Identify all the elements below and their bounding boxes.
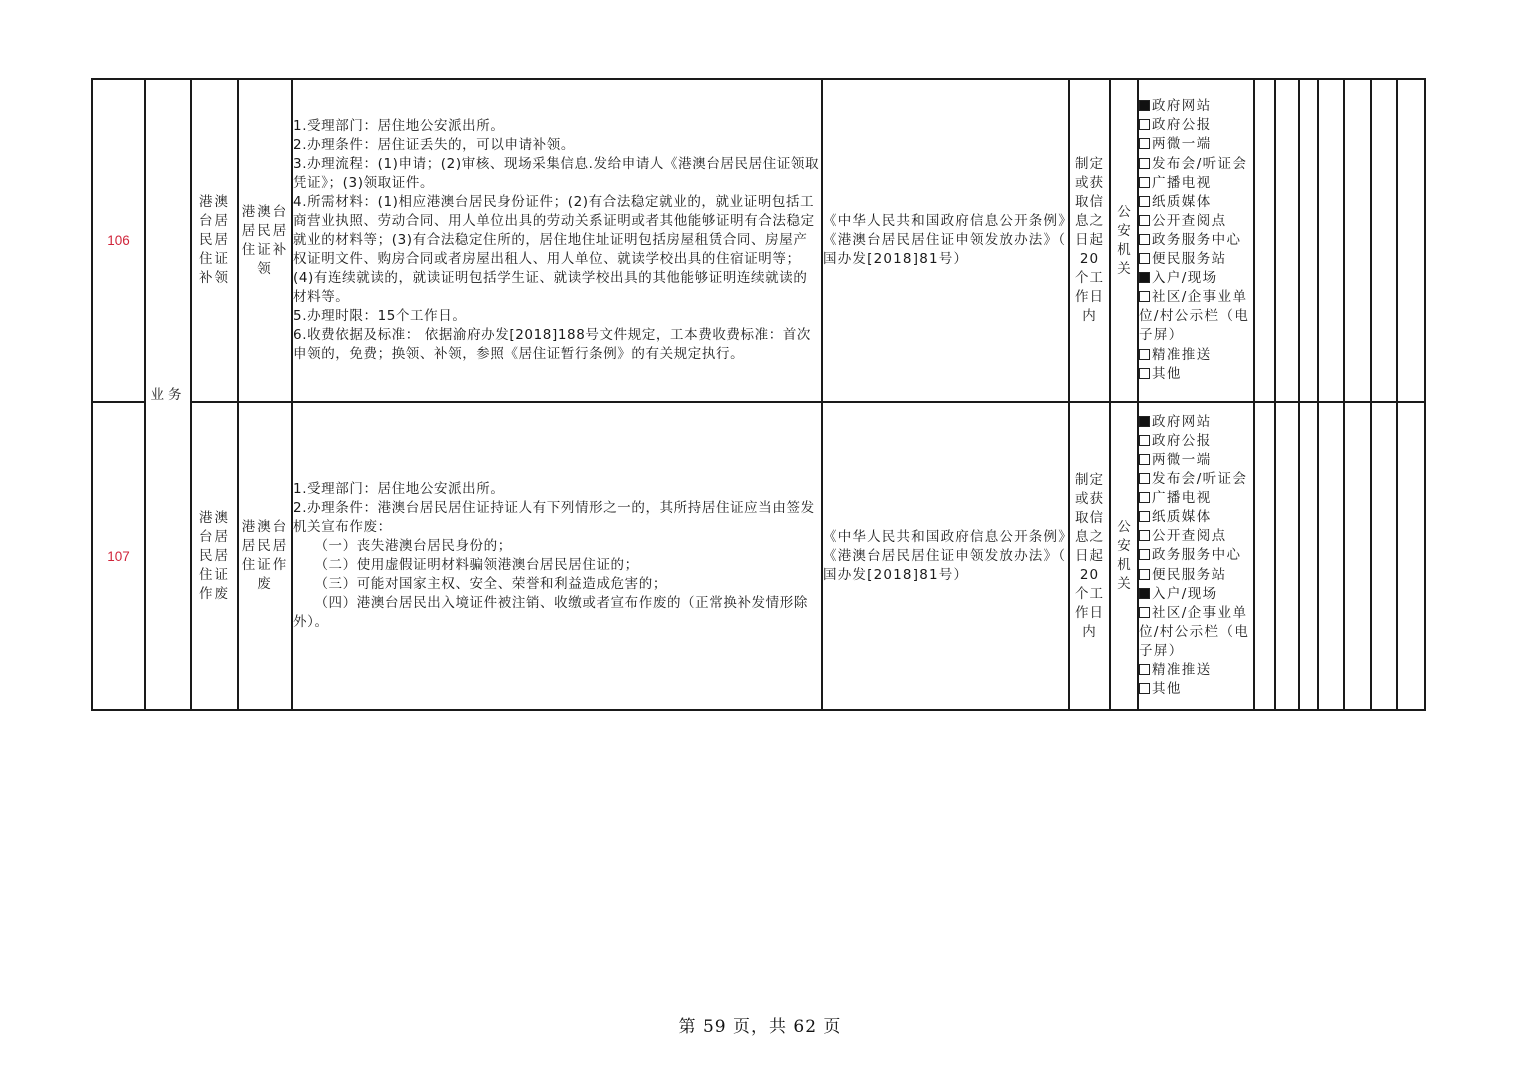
basis-text: 《中华人民共和国政府信息公开条例》《港澳台居民居住证申领发放办法》（ 国办发[2…	[823, 212, 1068, 269]
basis-cell: 《中华人民共和国政府信息公开条例》《港澳台居民居住证申领发放办法》（ 国办发[2…	[822, 79, 1069, 402]
blank-cell	[1275, 402, 1299, 710]
period-text: 制定或获取信息之日起20个工作日内	[1074, 471, 1106, 642]
content-line: 2.办理条件：居住证丢失的，可以申请补领。	[293, 136, 821, 155]
channel-item: 便民服务站	[1139, 566, 1253, 585]
blank-cell	[1254, 402, 1275, 710]
content-line: （二）使用虚假证明材料骗领港澳台居民居住证的；	[293, 556, 821, 575]
channel-item: 纸质媒体	[1139, 193, 1253, 212]
content-line: 6.收费依据及标准： 依据渝府办发[2018]188号文件规定，工本费收费标准：…	[293, 326, 821, 364]
organ-text: 公安机关	[1117, 203, 1132, 279]
basis-cell: 《中华人民共和国政府信息公开条例》《港澳台居民居住证申领发放办法》（ 国办发[2…	[822, 402, 1069, 710]
channel-item: 政务服务中心	[1139, 546, 1253, 565]
channel-item: 发布会/听证会	[1139, 155, 1253, 174]
channel-item: 公开查阅点	[1139, 527, 1253, 546]
checkbox-checked-icon	[1139, 588, 1150, 599]
channel-item: 两微一端	[1139, 451, 1253, 470]
checkbox-empty-icon	[1139, 215, 1150, 226]
checkbox-checked-icon	[1139, 272, 1150, 283]
checkbox-empty-icon	[1139, 549, 1150, 560]
checkbox-empty-icon	[1139, 435, 1150, 446]
checkbox-checked-icon	[1139, 416, 1150, 427]
organ-cell: 公安机关	[1110, 79, 1138, 402]
checkbox-empty-icon	[1139, 569, 1150, 580]
page-footer: 第 59 页，共 62 页	[0, 1012, 1520, 1037]
checkbox-empty-icon	[1139, 291, 1150, 302]
category-label: 业务	[146, 384, 190, 405]
checkbox-empty-icon	[1139, 511, 1150, 522]
channel-item: 政府公报	[1139, 116, 1253, 135]
channel-item: 广播电视	[1139, 489, 1253, 508]
period-cell: 制定或获取信息之日起20个工作日内	[1069, 79, 1110, 402]
content-line: （一）丧失港澳台居民身份的；	[293, 537, 821, 556]
content-line: 5.办理时限：15个工作日。	[293, 307, 821, 326]
blank-cell	[1318, 402, 1344, 710]
checkbox-empty-icon	[1139, 253, 1150, 264]
organ-cell: 公安机关	[1110, 402, 1138, 710]
channels-cell: 政府网站 政府公报 两微一端 发布会/听证会 广播电视 纸质媒体 公开查阅点 政…	[1138, 402, 1254, 710]
checkbox-empty-icon	[1139, 492, 1150, 503]
checkbox-empty-icon	[1139, 530, 1150, 541]
item-name-cell: 港澳台居民居住证作废	[191, 402, 238, 710]
checkbox-empty-icon	[1139, 234, 1150, 245]
channel-item: 社区/企事业单位/村公示栏（电子屏）	[1139, 604, 1253, 661]
sub-item-name-cell: 港澳台居民居住证作废	[238, 402, 292, 710]
checkbox-empty-icon	[1139, 158, 1150, 169]
checkbox-empty-icon	[1139, 196, 1150, 207]
checkbox-empty-icon	[1139, 349, 1150, 360]
content-line: 4.所需材料：(1)相应港澳台居民身份证件；(2)有合法稳定就业的，就业证明包括…	[293, 193, 821, 307]
checkbox-empty-icon	[1139, 368, 1150, 379]
content-line: 1.受理部门：居住地公安派出所。	[293, 117, 821, 136]
checkbox-checked-icon	[1139, 100, 1150, 111]
channel-item: 便民服务站	[1139, 250, 1253, 269]
blank-cell	[1275, 79, 1299, 402]
blank-cell	[1299, 79, 1318, 402]
blank-cell	[1318, 79, 1344, 402]
content-line: 2.办理条件：港澳台居民居住证持证人有下列情形之一的，其所持居住证应当由签发机关…	[293, 499, 821, 537]
channel-item: 纸质媒体	[1139, 508, 1253, 527]
channel-item: 两微一端	[1139, 135, 1253, 154]
channel-item: 入户/现场	[1139, 585, 1253, 604]
basis-text: 《中华人民共和国政府信息公开条例》《港澳台居民居住证申领发放办法》（ 国办发[2…	[823, 528, 1068, 585]
content-cell: 1.受理部门：居住地公安派出所。 2.办理条件：居住证丢失的，可以申请补领。 3…	[292, 79, 822, 402]
blank-cell	[1371, 402, 1397, 710]
channel-item: 公开查阅点	[1139, 212, 1253, 231]
checkbox-empty-icon	[1139, 177, 1150, 188]
channel-item: 政务服务中心	[1139, 231, 1253, 250]
channel-item: 发布会/听证会	[1139, 470, 1253, 489]
sub-item-name-cell: 港澳台居民居住证补领	[238, 79, 292, 402]
content-line: （四）港澳台居民出入境证件被注销、收缴或者宣布作废的（正常换补发情形除外）。	[293, 594, 821, 632]
blank-cell	[1254, 79, 1275, 402]
blank-cell	[1397, 79, 1425, 402]
period-cell: 制定或获取信息之日起20个工作日内	[1069, 402, 1110, 710]
channel-item: 政府网站	[1139, 413, 1253, 432]
channel-item: 政府公报	[1139, 432, 1253, 451]
item-name: 港澳台居民居住证补领	[198, 193, 232, 288]
blank-cell	[1344, 402, 1371, 710]
table-row: 107 港澳台居民居住证作废 港澳台居民居住证作废 1.受理部门：居住地公安派出…	[92, 402, 1425, 710]
item-name: 港澳台居民居住证作废	[198, 509, 232, 604]
checkbox-empty-icon	[1139, 138, 1150, 149]
sub-item-name: 港澳台居民居住证作废	[241, 518, 289, 594]
checkbox-empty-icon	[1139, 664, 1150, 675]
checkbox-empty-icon	[1139, 683, 1150, 694]
channel-item: 广播电视	[1139, 174, 1253, 193]
checkbox-empty-icon	[1139, 607, 1150, 618]
checkbox-empty-icon	[1139, 454, 1150, 465]
channel-item: 社区/企事业单位/村公示栏（电子屏）	[1139, 288, 1253, 345]
checkbox-empty-icon	[1139, 119, 1150, 130]
row-number: 106	[92, 79, 145, 402]
disclosure-table: 106 业务 港澳台居民居住证补领 港澳台居民居住证补领 1.受理部门：居住地公…	[91, 78, 1426, 711]
category-cell: 业务	[145, 79, 191, 710]
content-cell: 1.受理部门：居住地公安派出所。 2.办理条件：港澳台居民居住证持证人有下列情形…	[292, 402, 822, 710]
channel-item: 精准推送	[1139, 661, 1253, 680]
blank-cell	[1344, 79, 1371, 402]
channel-item: 精准推送	[1139, 346, 1253, 365]
channel-item: 其他	[1139, 365, 1253, 384]
checkbox-empty-icon	[1139, 473, 1150, 484]
table-row: 106 业务 港澳台居民居住证补领 港澳台居民居住证补领 1.受理部门：居住地公…	[92, 79, 1425, 402]
blank-cell	[1299, 402, 1318, 710]
organ-text: 公安机关	[1117, 518, 1132, 594]
channel-item: 其他	[1139, 680, 1253, 699]
channel-item: 入户/现场	[1139, 269, 1253, 288]
content-line: 1.受理部门：居住地公安派出所。	[293, 480, 821, 499]
sub-item-name: 港澳台居民居住证补领	[241, 203, 289, 279]
row-number: 107	[92, 402, 145, 710]
blank-cell	[1397, 402, 1425, 710]
content-line: （三）可能对国家主权、安全、荣誉和利益造成危害的；	[293, 575, 821, 594]
blank-cell	[1371, 79, 1397, 402]
channels-cell: 政府网站 政府公报 两微一端 发布会/听证会 广播电视 纸质媒体 公开查阅点 政…	[1138, 79, 1254, 402]
content-line: 3.办理流程：(1)申请；(2)审核、现场采集信息.发给申请人《港澳台居民居住证…	[293, 155, 821, 193]
period-text: 制定或获取信息之日起20个工作日内	[1074, 155, 1106, 326]
document-page: 106 业务 港澳台居民居住证补领 港澳台居民居住证补领 1.受理部门：居住地公…	[0, 0, 1520, 1074]
channel-item: 政府网站	[1139, 97, 1253, 116]
item-name-cell: 港澳台居民居住证补领	[191, 79, 238, 402]
